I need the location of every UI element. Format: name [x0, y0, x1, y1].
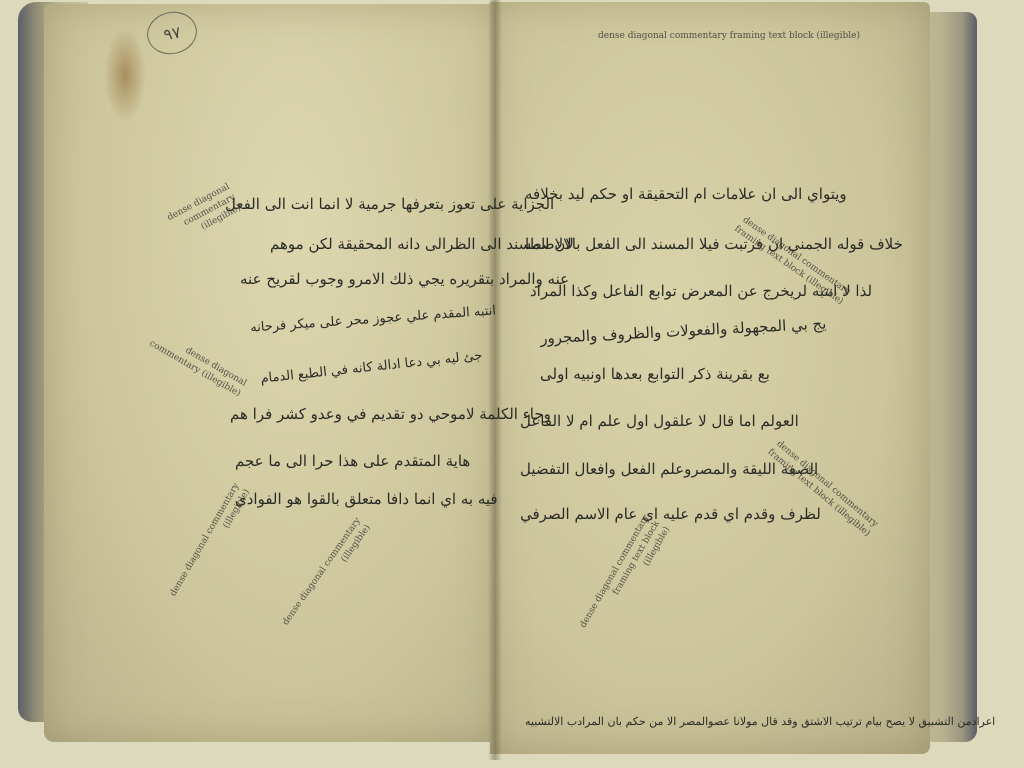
right-main-line: ويتواي الى ان علامات ام التحقيقة او حكم … — [525, 185, 847, 203]
right-main-line: بع بقرينة ذكر التوابع بعدها اونبيه اولى — [540, 365, 770, 383]
book-gutter — [488, 0, 502, 760]
left-main-line: عنه والمراد بتقريره يجي ذلك الامرو وجوب … — [240, 270, 569, 288]
water-stain — [105, 30, 145, 120]
right-marginal-gloss: dense diagonal commentary framing text b… — [560, 30, 860, 42]
left-main-line: فيه به اي انما دافا متعلق بالقوا هو الفو… — [235, 490, 498, 508]
right-bottom-line: اعرادمن التشبيق لا يصح بيام ترتيب الاشتق… — [525, 715, 995, 728]
left-main-line: الجزاية على تعوز بتعرفها جرمية لا انما ا… — [225, 195, 554, 213]
right-main-line: لظرف وقدم اي قدم عليه اي عام الاسم الصرف… — [520, 505, 821, 523]
right-main-line: خلاف قوله الجمني ان فرتبت فيلا المسند ال… — [525, 235, 903, 253]
left-main-line: وجاء الكلمة لاموحي دو تقديم في وعدو كشر … — [230, 405, 551, 423]
right-main-line: العولم اما قال لا علقول اول علم ام لا ال… — [520, 412, 799, 430]
left-main-line: هاية المتقدم على هذا حرا الى ما عجم — [235, 452, 470, 470]
